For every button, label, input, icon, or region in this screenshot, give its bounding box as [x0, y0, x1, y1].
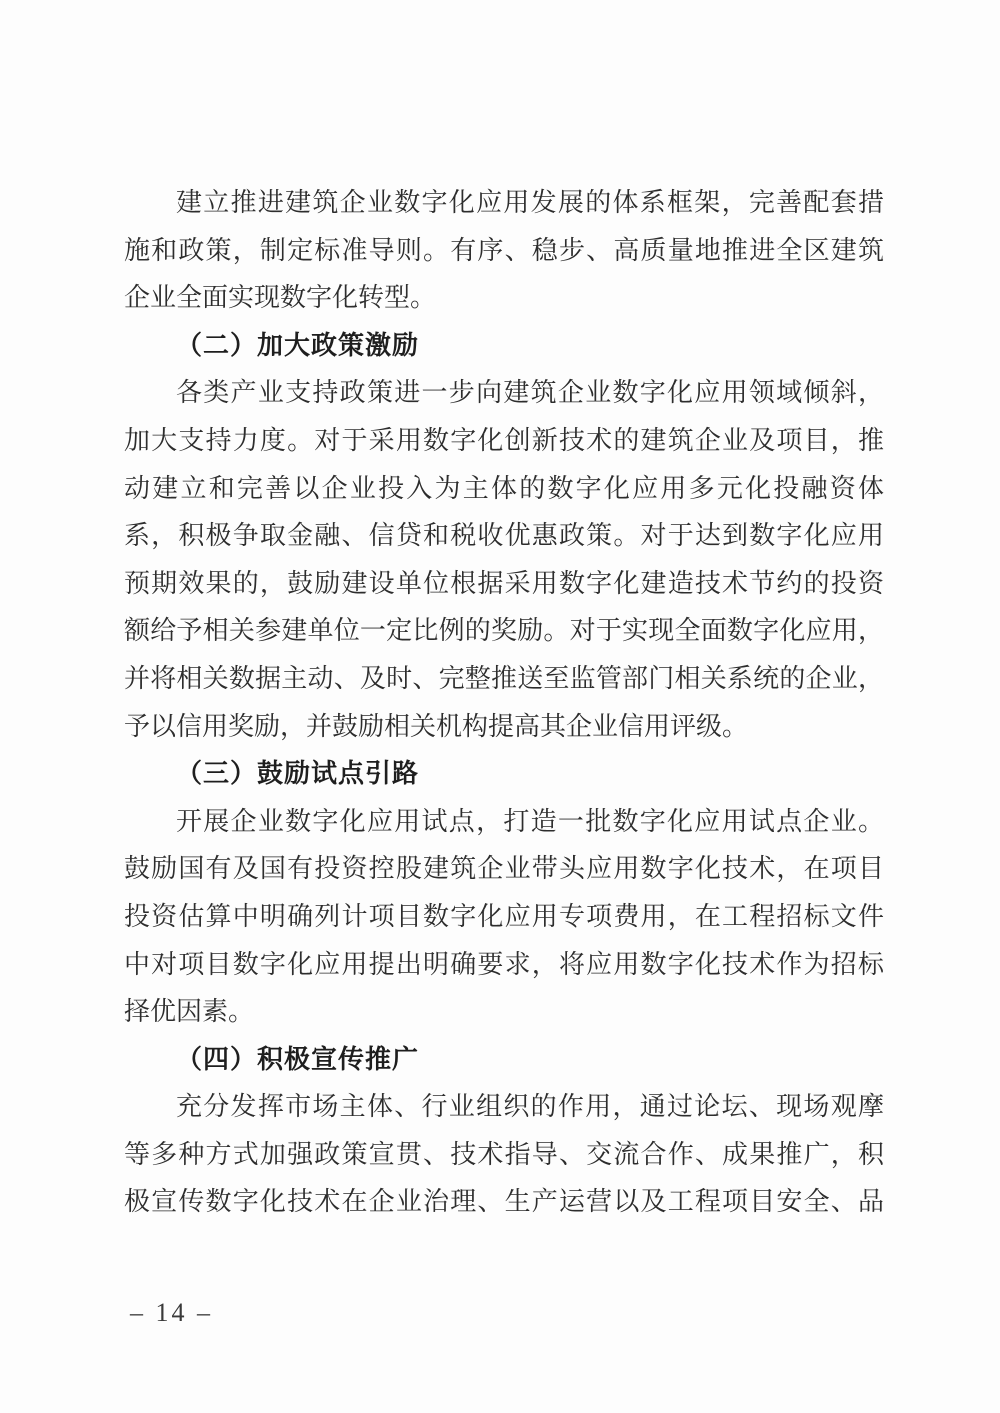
- text-line: 额给予相关参建单位一定比例的奖励。对于实现全面数字化应用，: [124, 607, 884, 655]
- text-line: 中对项目数字化应用提出明确要求，将应用数字化技术作为招标: [124, 941, 884, 989]
- text-line: 系，积极争取金融、信贷和税收优惠政策。对于达到数字化应用: [124, 512, 884, 560]
- text-line: 投资估算中明确列计项目数字化应用专项费用，在工程招标文件: [124, 893, 884, 941]
- text-line: 予以信用奖励，并鼓励相关机构提高其企业信用评级。: [124, 703, 884, 751]
- text-line: 鼓励国有及国有投资控股建筑企业带头应用数字化技术，在项目: [124, 845, 884, 893]
- section-heading: （二）加大政策激励: [124, 322, 884, 370]
- document-page: 建立推进建筑企业数字化应用发展的体系框架，完善配套措施和政策，制定标准导则。有序…: [0, 0, 1000, 1413]
- text-line: 各类产业支持政策进一步向建筑企业数字化应用领域倾斜，: [124, 369, 884, 417]
- text-line: 极宣传数字化技术在企业治理、生产运营以及工程项目安全、品: [124, 1178, 884, 1226]
- text-line: 动建立和完善以企业投入为主体的数字化应用多元化投融资体: [124, 465, 884, 513]
- text-line: 开展企业数字化应用试点，打造一批数字化应用试点企业。: [124, 798, 884, 846]
- text-line: 企业全面实现数字化转型。: [124, 274, 884, 322]
- text-line: 预期效果的，鼓励建设单位根据采用数字化建造技术节约的投资: [124, 560, 884, 608]
- page-number: – 14 –: [130, 1298, 213, 1328]
- text-line: 充分发挥市场主体、行业组织的作用，通过论坛、现场观摩: [124, 1083, 884, 1131]
- text-line: 并将相关数据主动、及时、完整推送至监管部门相关系统的企业，: [124, 655, 884, 703]
- text-line: 等多种方式加强政策宣贯、技术指导、交流合作、成果推广，积: [124, 1131, 884, 1179]
- text-line: 施和政策，制定标准导则。有序、稳步、高质量地推进全区建筑: [124, 227, 884, 275]
- text-line: 择优因素。: [124, 988, 884, 1036]
- section-heading: （三）鼓励试点引路: [124, 750, 884, 798]
- text-line: 加大支持力度。对于采用数字化创新技术的建筑企业及项目，推: [124, 417, 884, 465]
- section-heading: （四）积极宣传推广: [124, 1036, 884, 1084]
- page-body: 建立推进建筑企业数字化应用发展的体系框架，完善配套措施和政策，制定标准导则。有序…: [124, 179, 884, 1226]
- text-line: 建立推进建筑企业数字化应用发展的体系框架，完善配套措: [124, 179, 884, 227]
